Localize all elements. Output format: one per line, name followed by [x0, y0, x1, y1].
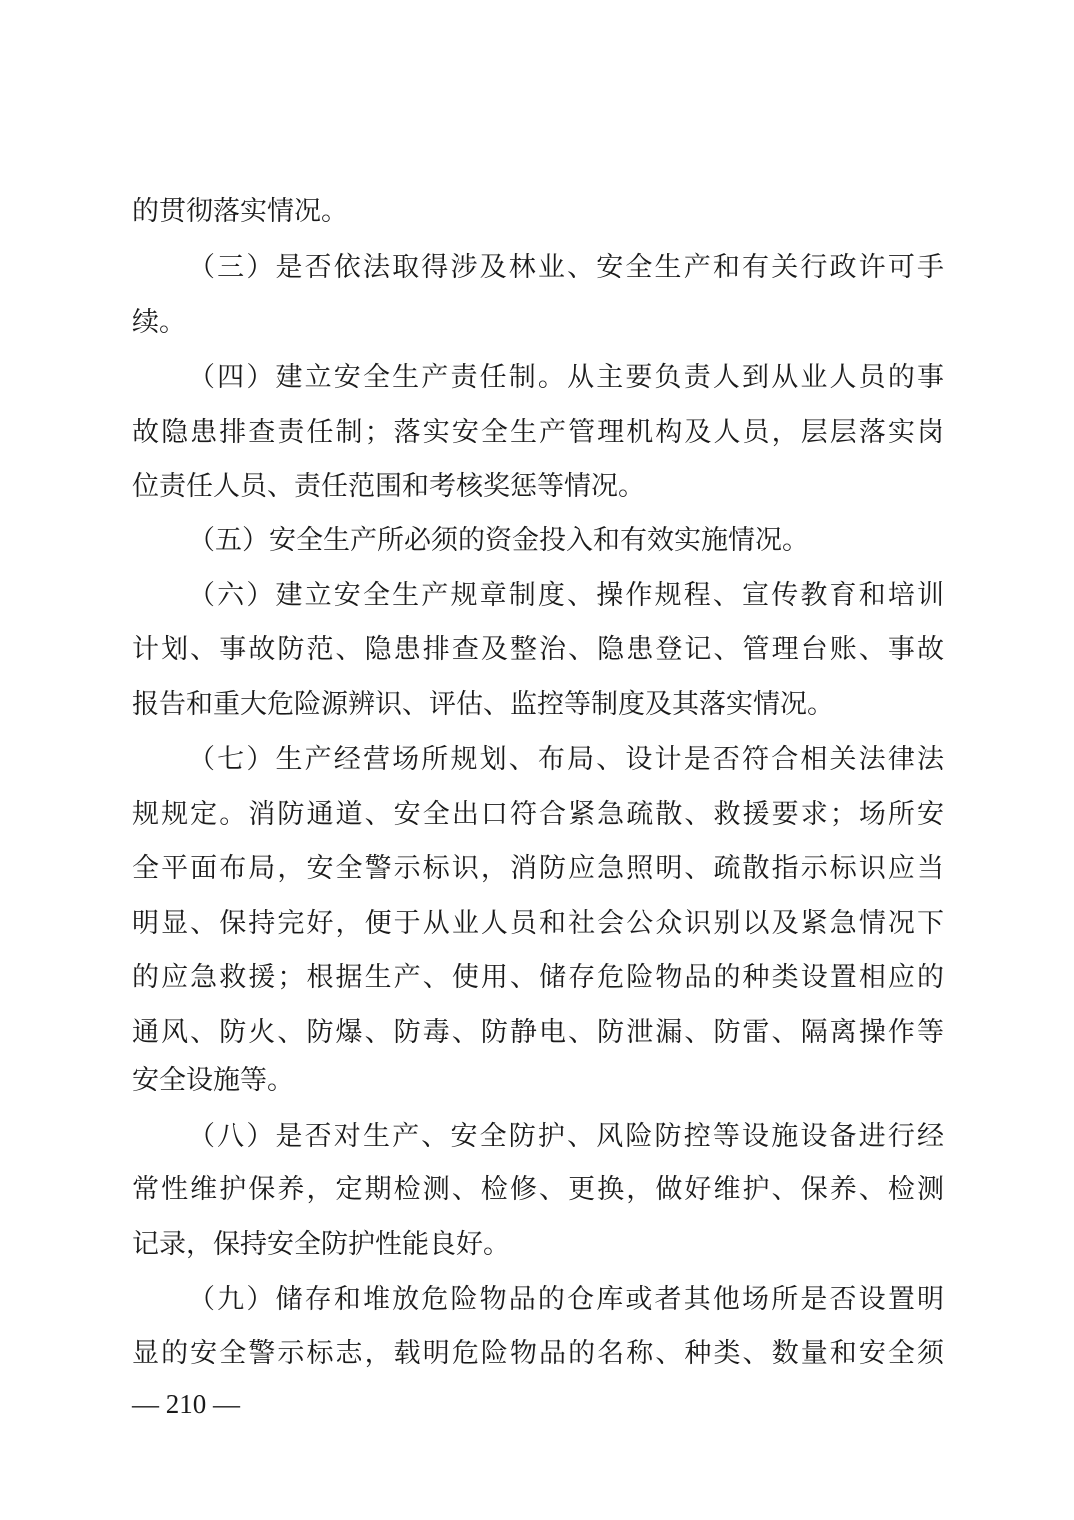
- text-line: 明显、保持完好，便于从业人员和社会公众识别以及紧急情况下: [132, 904, 944, 944]
- document-page: 的贯彻落实情况。 （三）是否依法取得涉及林业、安全生产和有关行政许可手 续。 （…: [0, 0, 1074, 1520]
- text-line: 续。: [132, 303, 944, 343]
- text-line: 全平面布局，安全警示标识，消防应急照明、疏散指示标识应当: [132, 849, 944, 889]
- text-line: 安全设施等。: [132, 1061, 944, 1101]
- text-line: 故隐患排查责任制；落实安全生产管理机构及人员，层层落实岗: [132, 413, 944, 453]
- text-line: 的应急救援；根据生产、使用、储存危险物品的种类设置相应的: [132, 958, 944, 998]
- text-line: 位责任人员、责任范围和考核奖惩等情况。: [132, 467, 944, 507]
- text-line: 报告和重大危险源辨识、评估、监控等制度及其落实情况。: [132, 685, 944, 725]
- text-line: （六）建立安全生产规章制度、操作规程、宣传教育和培训: [188, 576, 944, 616]
- text-line: （九）储存和堆放危险物品的仓库或者其他场所是否设置明: [188, 1280, 944, 1320]
- text-line: 常性维护保养，定期检测、检修、更换，做好维护、保养、检测: [132, 1170, 944, 1210]
- text-line: 的贯彻落实情况。: [132, 192, 944, 232]
- page-number: — 210 —: [132, 1386, 240, 1422]
- text-line: （五）安全生产所必须的资金投入和有效实施情况。: [188, 521, 944, 561]
- text-line: 记录，保持安全防护性能良好。: [132, 1225, 944, 1265]
- text-line: 计划、事故防范、隐患排查及整治、隐患登记、管理台账、事故: [132, 630, 944, 670]
- text-line: （八）是否对生产、安全防护、风险防控等设施设备进行经: [188, 1117, 944, 1157]
- text-line: 显的安全警示标志，载明危险物品的名称、种类、数量和安全须: [132, 1334, 944, 1374]
- text-line: 通风、防火、防爆、防毒、防静电、防泄漏、防雷、隔离操作等: [132, 1013, 944, 1053]
- text-line: （七）生产经营场所规划、布局、设计是否符合相关法律法: [188, 740, 944, 780]
- text-line: （三）是否依法取得涉及林业、安全生产和有关行政许可手: [188, 248, 944, 288]
- text-line: 规规定。消防通道、安全出口符合紧急疏散、救援要求；场所安: [132, 795, 944, 835]
- text-line: （四）建立安全生产责任制。从主要负责人到从业人员的事: [188, 358, 944, 398]
